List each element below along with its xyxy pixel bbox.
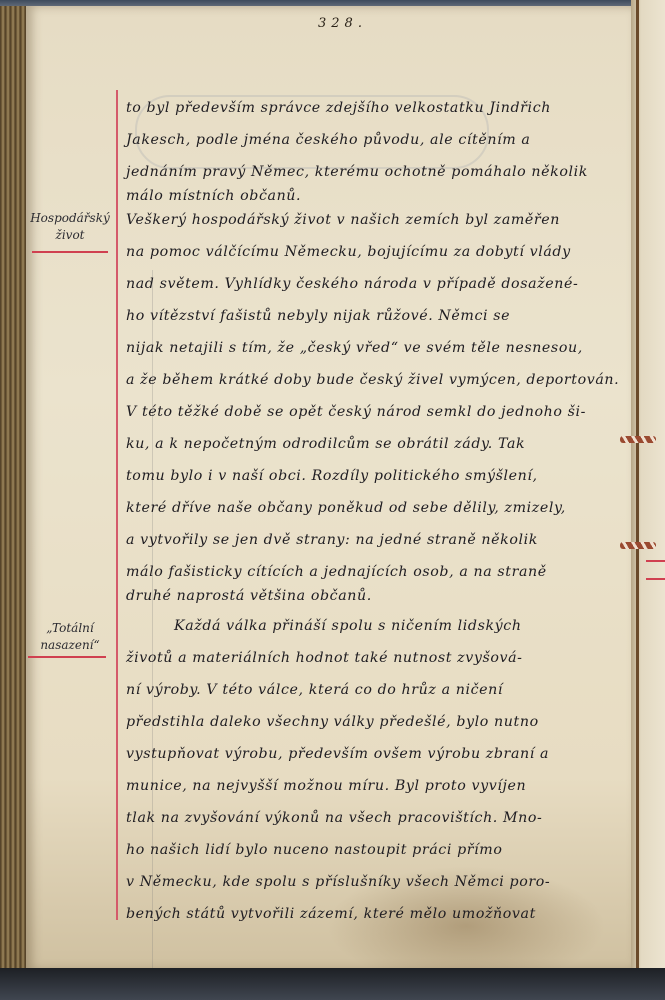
text-line: málo fašisticky cítících a jednajících o… [126, 564, 547, 580]
binding-thread-icon [620, 542, 656, 549]
margin-note-hospodarsky-zivot: Hospodářský život [30, 210, 110, 244]
text-line: vystupňovat výrobu, především ovšem výro… [126, 746, 549, 762]
margin-underline [28, 656, 106, 658]
text-line: Jakesch, podle jména českého původu, ale… [126, 132, 530, 148]
text-line: ku, a k nepočetným odrodilcům se obrátil… [126, 436, 525, 452]
text-line: předstihla daleko všechny války předešlé… [126, 714, 539, 730]
margin-rule [116, 90, 118, 920]
text-line: Veškerý hospodářský život v našich zemíc… [126, 212, 560, 228]
facing-page-mark [646, 578, 665, 580]
text-line: munice, na nejvyšší možnou míru. Byl pro… [126, 778, 526, 794]
margin-note-line: Hospodářský [30, 210, 110, 227]
page-number: 328. [318, 16, 367, 31]
text-line: málo místních občanů. [126, 188, 301, 204]
text-line: V této těžké době se opět český národ se… [126, 404, 586, 420]
text-line: ho vítězství fašistů nebyly nijak růžové… [126, 308, 510, 324]
margin-note-line: „Totální [30, 620, 110, 637]
book-page-edges [0, 6, 28, 996]
text-line: na pomoc válčícímu Německu, bojujícímu z… [126, 244, 571, 260]
text-line: jednáním pravý Němec, kterému ochotně po… [126, 164, 588, 180]
margin-note-line: život [30, 227, 110, 244]
text-line: tomu bylo i v naší obci. Rozdíly politic… [126, 468, 538, 484]
facing-page-mark [646, 560, 665, 562]
binding-thread-icon [620, 436, 656, 443]
text-line: které dříve naše občany poněkud od sebe … [126, 500, 566, 516]
bottom-shadow [0, 968, 665, 1000]
text-line: ní výroby. V této válce, která co do hrů… [126, 682, 503, 698]
text-line: v Německu, kde spolu s příslušníky všech… [126, 874, 550, 890]
binding-seam [636, 0, 639, 980]
text-line: Každá válka přináší spolu s ničením lids… [174, 618, 522, 634]
text-line: ho našich lidí bylo nuceno nastoupit prá… [126, 842, 503, 858]
text-line: bených států vytvořili zázemí, které měl… [126, 906, 536, 922]
text-line: nijak netajili s tím, že „český vřed“ ve… [126, 340, 583, 356]
text-line: a že během krátké doby bude český živel … [126, 372, 619, 388]
margin-underline [32, 251, 108, 253]
text-line: druhé naprostá většina občanů. [126, 588, 372, 604]
text-line: to byl především správce zdejšího velkos… [126, 100, 551, 116]
text-line: tlak na zvyšování výkonů na všech pracov… [126, 810, 542, 826]
text-line: a vytvořily se jen dvě strany: na jedné … [126, 532, 538, 548]
text-line: nad světem. Vyhlídky českého národa v př… [126, 276, 578, 292]
margin-note-line: nasazení“ [30, 637, 110, 654]
margin-note-totalni-nasazeni: „Totální nasazení“ [30, 620, 110, 654]
text-line: životů a materiálních hodnot také nutnos… [126, 650, 523, 666]
